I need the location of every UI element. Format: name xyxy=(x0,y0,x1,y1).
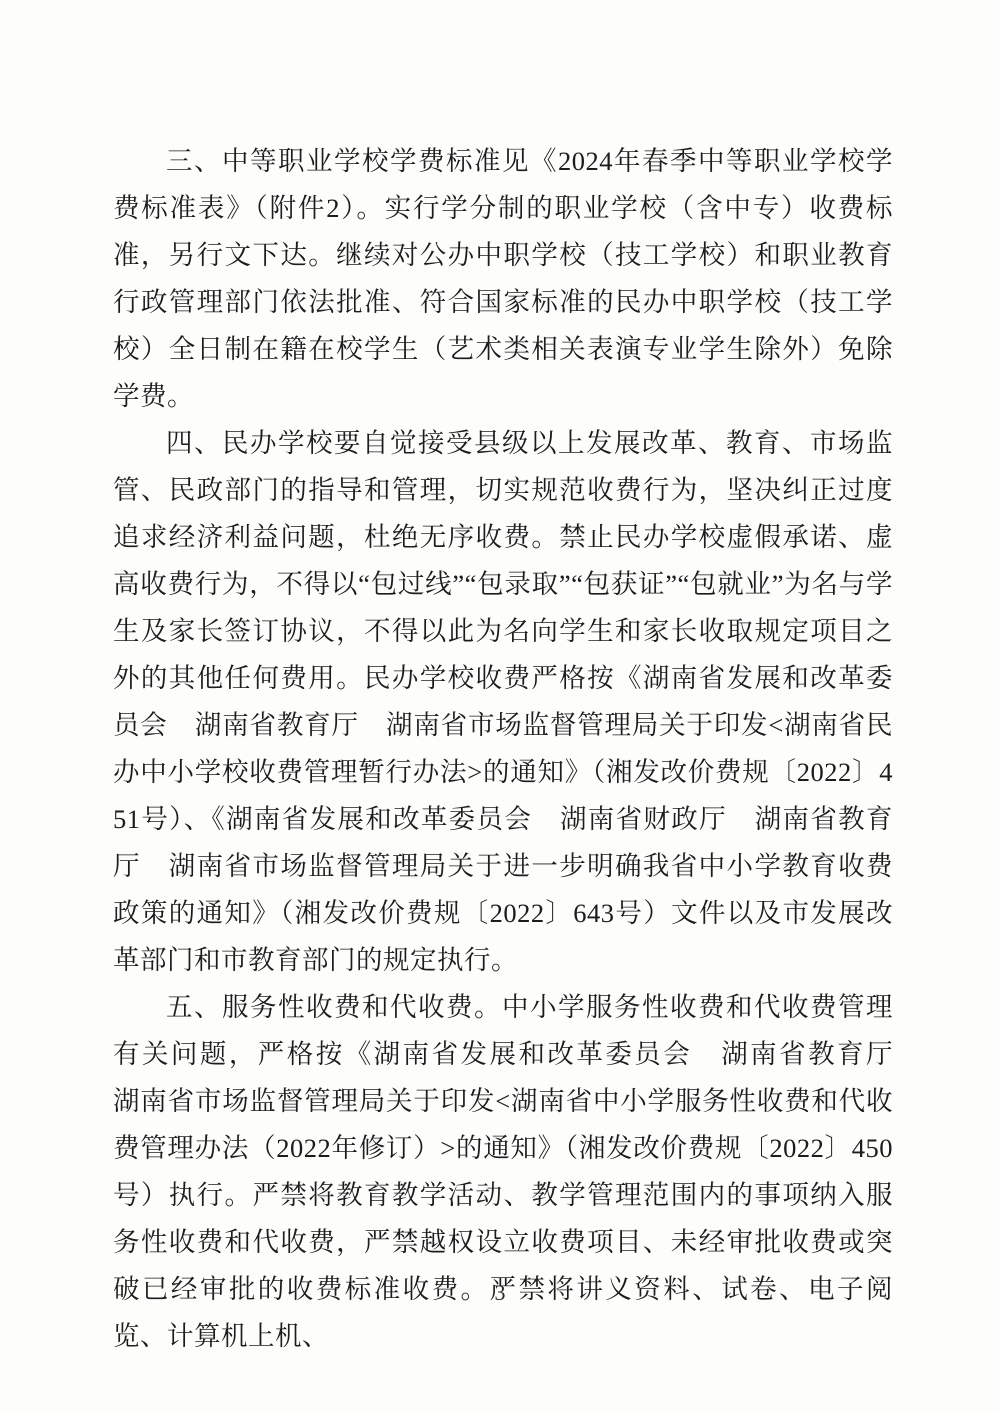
page-footer: 3 xyxy=(0,1280,1000,1306)
page-number: 3 xyxy=(495,1280,506,1305)
document-page: 三、中等职业学校学费标准见《2024年春季中等职业学校学费标准表》（附件2）。实… xyxy=(0,0,1000,1414)
document-body: 三、中等职业学校学费标准见《2024年春季中等职业学校学费标准表》（附件2）。实… xyxy=(113,138,893,1360)
paragraph-section-3: 三、中等职业学校学费标准见《2024年春季中等职业学校学费标准表》（附件2）。实… xyxy=(113,138,893,420)
paragraph-section-4: 四、民办学校要自觉接受县级以上发展改革、教育、市场监管、民政部门的指导和管理，切… xyxy=(113,420,893,984)
